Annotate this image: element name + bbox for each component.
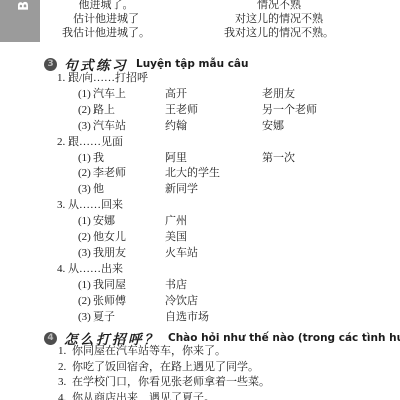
- item-col1: 汽车站: [93, 119, 165, 135]
- item-col2: 自选市场: [165, 310, 262, 326]
- item-col1: 安娜: [93, 214, 165, 230]
- item-col3: [262, 230, 400, 246]
- comparison-line: 对这儿的情况不熟: [208, 12, 350, 26]
- item-col3: 第一次: [262, 151, 400, 167]
- item-col3: 另一个老师: [262, 103, 400, 119]
- item-number: (3): [78, 246, 93, 262]
- item-number: (3): [78, 310, 93, 326]
- item-col2: 美国: [165, 230, 262, 246]
- item-number: (2): [78, 166, 93, 182]
- item-col2: 北大的学生: [165, 166, 262, 182]
- pattern-group-title: 3. 从……回来: [57, 198, 400, 214]
- item-number: (1): [78, 214, 93, 230]
- item-number: (3): [78, 182, 93, 198]
- item-col3: [262, 246, 400, 262]
- pattern-item: (1) 我同屋 书店: [78, 278, 400, 294]
- situation-item: 1. 你同屋在汽车站等车，你来了。: [58, 344, 400, 360]
- item-col1: 汽车上: [93, 87, 165, 103]
- item-number: (2): [78, 230, 93, 246]
- comparison-right-column: 情况不熟 对这儿的情况不熟 我对这儿的情况不熟。: [208, 0, 350, 40]
- item-col2: 广州: [165, 214, 262, 230]
- comparison-line: 估计他进城了: [40, 12, 172, 26]
- item-number: (1): [78, 151, 93, 167]
- pattern-group-title: 2. 跟……见面: [57, 135, 400, 151]
- item-col2: 新同学: [165, 182, 262, 198]
- pattern-item: (1) 我 阿里 第一次: [78, 151, 400, 167]
- item-number: (1): [78, 87, 93, 103]
- pattern-item: (1) 汽车上 高开 老朋友: [78, 87, 400, 103]
- item-col2: 高开: [165, 87, 262, 103]
- item-col2: 书店: [165, 278, 262, 294]
- pattern-group-title: 1. 跟/向……打招呼: [57, 71, 400, 87]
- exercise-number-badge: 4: [44, 332, 57, 345]
- item-col1: 我: [93, 151, 165, 167]
- pattern-item: (3) 他 新同学: [78, 182, 400, 198]
- pattern-group-title: 4. 从……出来: [57, 262, 400, 278]
- pattern-item: (2) 李老师 北大的学生: [78, 166, 400, 182]
- lesson-tab-label: BÀI: [17, 0, 32, 11]
- situation-number: 2.: [58, 360, 72, 376]
- item-col3: [262, 310, 400, 326]
- pattern-item: (1) 安娜 广州: [78, 214, 400, 230]
- item-col2: 约翰: [165, 119, 262, 135]
- situation-text: 你吃了饭回宿舍，在路上遇见了同学。: [72, 360, 259, 376]
- comparison-line: 我对这儿的情况不熟。: [208, 26, 350, 40]
- situation-item: 2. 你吃了饭回宿舍，在路上遇见了同学。: [58, 360, 400, 376]
- situation-item: 4. 你从商店出来，遇见了夏子。: [58, 391, 400, 400]
- item-col3: [262, 294, 400, 310]
- item-col1: 他: [93, 182, 165, 198]
- item-col1: 他女儿: [93, 230, 165, 246]
- item-col3: [262, 278, 400, 294]
- exercise-number-badge: 3: [44, 58, 57, 71]
- situation-text: 在学校门口，你看见张老师拿着一些菜。: [72, 375, 270, 391]
- item-col3: 老朋友: [262, 87, 400, 103]
- item-col3: [262, 182, 400, 198]
- comparison-left-column: 他进城了。 估计他进城了 我估计他进城了。: [40, 0, 172, 40]
- item-col1: 我同屋: [93, 278, 165, 294]
- item-col3: 安娜: [262, 119, 400, 135]
- situation-number: 4.: [58, 391, 72, 400]
- item-col2: 火车站: [165, 246, 262, 262]
- item-number: (2): [78, 294, 93, 310]
- item-col1: 我朋友: [93, 246, 165, 262]
- item-number: (3): [78, 119, 93, 135]
- item-col3: [262, 166, 400, 182]
- pattern-item: (3) 汽车站 约翰 安娜: [78, 119, 400, 135]
- item-number: (1): [78, 278, 93, 294]
- item-col2: 冷饮店: [165, 294, 262, 310]
- exercise3-title-vi: Luyện tập mẫu câu: [136, 58, 248, 70]
- comparison-line: 我估计他进城了。: [40, 26, 172, 40]
- item-number: (2): [78, 103, 93, 119]
- pattern-item: (3) 我朋友 火车站: [78, 246, 400, 262]
- pattern-drill-list: 1. 跟/向……打招呼 (1) 汽车上 高开 老朋友 (2) 路上 王老师 另一…: [0, 71, 400, 326]
- situation-text: 你从商店出来，遇见了夏子。: [72, 391, 215, 400]
- pattern-item: (3) 夏子 自选市场: [78, 310, 400, 326]
- item-col2: 王老师: [165, 103, 262, 119]
- pattern-item: (2) 路上 王老师 另一个老师: [78, 103, 400, 119]
- comparison-line: 他进城了。: [40, 0, 172, 12]
- item-col1: 李老师: [93, 166, 165, 182]
- item-col2: 阿里: [165, 151, 262, 167]
- situation-item: 3. 在学校门口，你看见张老师拿着一些菜。: [58, 375, 400, 391]
- item-col1: 张师傅: [93, 294, 165, 310]
- item-col3: [262, 214, 400, 230]
- exercise4-title-vi: Chào hỏi như thế nào (trong các tình huố…: [168, 332, 400, 344]
- lesson-tab: BÀI: [0, 0, 40, 42]
- pattern-item: (2) 他女儿 美国: [78, 230, 400, 246]
- situation-number: 3.: [58, 375, 72, 391]
- situation-number: 1.: [58, 344, 72, 360]
- pattern-item: (2) 张师傅 冷饮店: [78, 294, 400, 310]
- textbook-page: BÀI 他进城了。 估计他进城了 我估计他进城了。 情况不熟 对这儿的情况不熟 …: [0, 0, 400, 400]
- situation-text: 你同屋在汽车站等车，你来了。: [72, 344, 226, 360]
- situation-list: 1. 你同屋在汽车站等车，你来了。 2. 你吃了饭回宿舍，在路上遇见了同学。 3…: [0, 344, 400, 400]
- item-col1: 夏子: [93, 310, 165, 326]
- comparison-line: 情况不熟: [208, 0, 350, 12]
- item-col1: 路上: [93, 103, 165, 119]
